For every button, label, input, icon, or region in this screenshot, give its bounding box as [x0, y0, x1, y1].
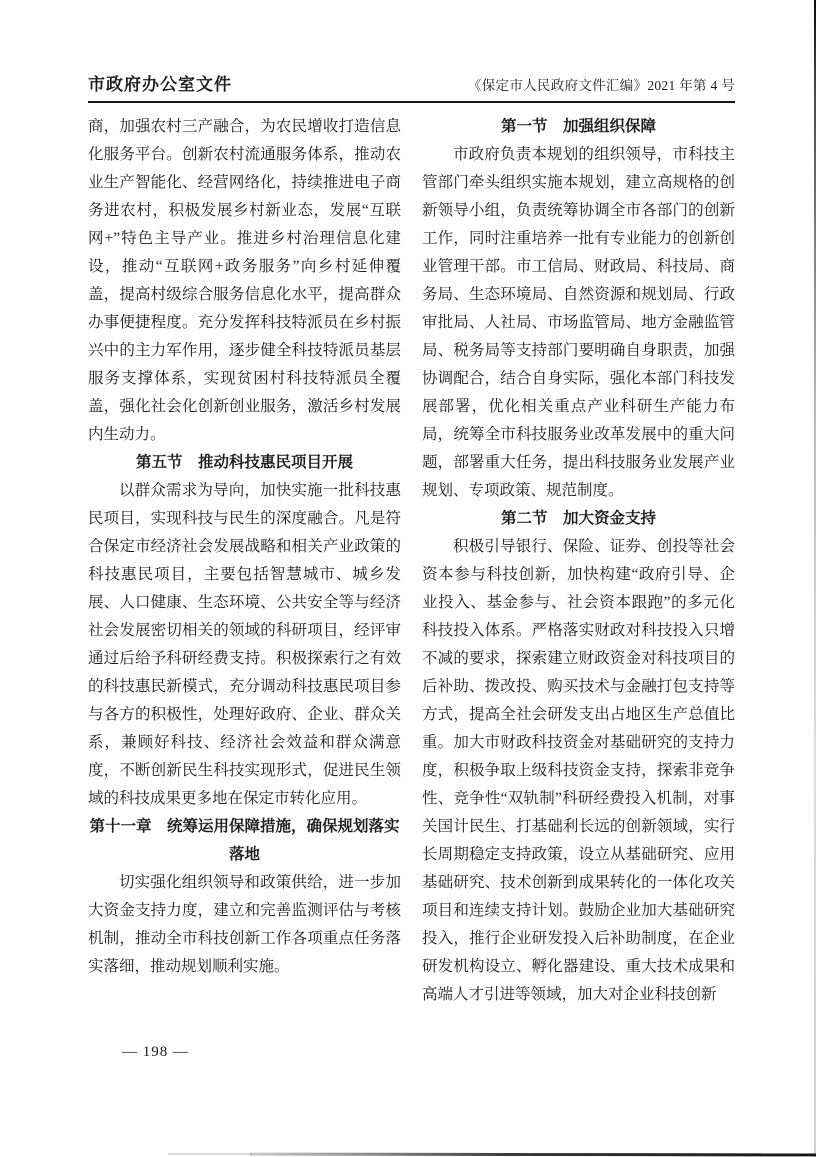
body-paragraph-continuation: 商，加强农村三产融合，为农民增收打造信息化服务平台。创新农村流通服务体系，推动农… [88, 113, 401, 449]
section-5-heading: 第五节 推动科技惠民项目开展 [88, 449, 401, 477]
scan-artifact-bottom-edge [250, 1153, 816, 1157]
header-right-title: 《保定市人民政府文件汇编》2021 年第 4 号 [468, 74, 735, 95]
header-left-title: 市政府办公室文件 [88, 70, 232, 95]
chapter-11-paragraph: 切实强化组织领导和政策供给，进一步加大资金支持力度，建立和完善监测评估与考核机制… [88, 869, 401, 981]
scan-artifact-bottom-edge-faint [168, 1153, 252, 1155]
page-number: — 198 — [122, 1044, 189, 1061]
two-column-body: 商，加强农村三产融合，为农民增收打造信息化服务平台。创新农村流通服务体系，推动农… [88, 113, 735, 1009]
section-1-heading: 第一节 加强组织保障 [422, 113, 735, 141]
section-5-paragraph: 以群众需求为导向，加快实施一批科技惠民项目，实现科技与民生的深度融合。凡是符合保… [88, 477, 401, 813]
document-page: 市政府办公室文件 《保定市人民政府文件汇编》2021 年第 4 号 商，加强农村… [0, 0, 816, 1157]
section-2-paragraph: 积极引导银行、保险、证券、创投等社会资本参与科技创新，加快构建“政府引导、企业投… [422, 533, 735, 1009]
chapter-11-heading: 第十一章 统筹运用保障措施，确保规划落实落地 [88, 813, 401, 869]
document-header: 市政府办公室文件 《保定市人民政府文件汇编》2021 年第 4 号 [88, 70, 735, 103]
section-2-heading: 第二节 加大资金支持 [422, 505, 735, 533]
section-1-paragraph: 市政府负责本规划的组织领导，市科技主管部门牵头组织实施本规划，建立高规格的创新领… [422, 141, 735, 505]
left-column: 商，加强农村三产融合，为农民增收打造信息化服务平台。创新农村流通服务体系，推动农… [88, 113, 401, 1009]
right-column: 第一节 加强组织保障 市政府负责本规划的组织领导，市科技主管部门牵头组织实施本规… [422, 113, 735, 1009]
